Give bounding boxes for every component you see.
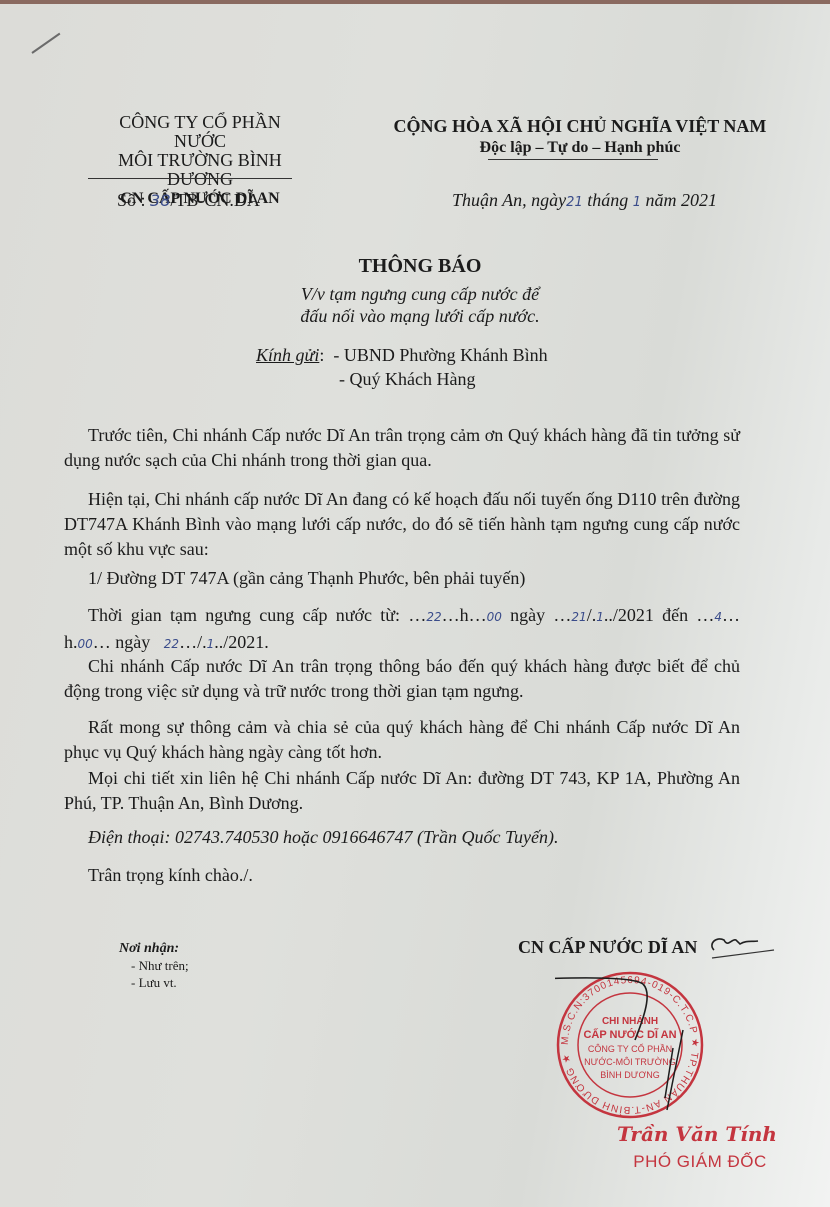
phone-contact: Điện thoại: 02743.740530 hoặc 0916646747… [88, 827, 558, 848]
number-prefix: Số : [117, 190, 150, 210]
from-hour: 22 [426, 610, 441, 624]
to-minute: 00 [78, 637, 93, 651]
national-header: CỘNG HÒA XÃ HỘI CHỦ NGHĨA VIỆT NAM Độc l… [380, 116, 780, 157]
place-date: Thuận An, ngày21 tháng 1 năm 2021 [452, 190, 717, 211]
paragraph-thanks: Trước tiên, Chi nhánh Cấp nước Dĩ An trâ… [64, 423, 740, 473]
paragraph-plan: Hiện tại, Chi nhánh cấp nước Dĩ An đang … [64, 487, 740, 562]
recipients-colon: : [319, 345, 324, 365]
number-suffix: /TB-CN.DA [170, 190, 260, 210]
time-prefix: Thời gian tạm ngưng cung cấp nước từ: [88, 605, 408, 625]
affected-area-item: 1/ Đường DT 747A (gần cảng Thạnh Phước, … [88, 566, 764, 591]
day-handwritten: 21 [566, 195, 583, 210]
motto-underline [488, 159, 658, 160]
company-line-2: MÔI TRƯỜNG BÌNH DƯƠNG [95, 151, 305, 189]
svg-text:NƯỚC-MÔI TRƯỜNG: NƯỚC-MÔI TRƯỜNG [584, 1057, 676, 1067]
paragraph-interruption-time: Thời gian tạm ngưng cung cấp nước từ: …2… [64, 603, 740, 657]
official-stamp-icon: M.S.C.N:3700145694-019-C.T.C.P ★ TP.THUẬ… [555, 970, 705, 1120]
month-label: tháng [583, 190, 633, 210]
closing-greeting: Trân trọng kính chào./. [88, 865, 253, 886]
subject-line-2: đấu nối vào mạng lưới cấp nước. [240, 305, 600, 327]
distribution-item: - Lưu vt. [119, 974, 189, 991]
paragraph-contact: Mọi chi tiết xin liên hệ Chi nhánh Cấp n… [64, 766, 740, 816]
to-hour: 4 [714, 610, 722, 624]
signature-mark-icon [706, 930, 776, 960]
recipient-item: - UBND Phường Khánh Bình [333, 345, 547, 365]
document-title: THÔNG BÁO [260, 255, 580, 278]
recipients: Kính gửi: - UBND Phường Khánh Bình - Quý… [256, 343, 548, 391]
svg-text:CẤP NƯỚC DĨ AN: CẤP NƯỚC DĨ AN [583, 1028, 676, 1041]
year-label: năm 2021 [641, 190, 717, 210]
svg-text:BÌNH DƯƠNG: BÌNH DƯƠNG [600, 1070, 659, 1080]
to-day: 22 [164, 637, 179, 651]
paragraph-notice: Chi nhánh Cấp nước Dĩ An trân trọng thôn… [64, 654, 740, 704]
from-month: 1 [596, 610, 604, 624]
distribution-label: Nơi nhận: [119, 940, 189, 957]
recipient-item: - Quý Khách Hàng [256, 367, 548, 391]
signer-name: Trần Văn Tính [612, 1122, 782, 1146]
recipients-label: Kính gửi [256, 345, 319, 365]
from-minute: 00 [487, 610, 502, 624]
subject-line-1: V/v tạm ngưng cung cấp nước để [240, 283, 600, 305]
national-motto: Độc lập – Tự do – Hạnh phúc [380, 139, 780, 157]
paragraph-apology: Rất mong sự thông cảm và chia sẻ của quý… [64, 715, 740, 765]
document-subject: V/v tạm ngưng cung cấp nước để đấu nối v… [240, 283, 600, 327]
month-handwritten: 1 [633, 195, 641, 210]
page-top-edge [0, 0, 830, 4]
hour-unit: h [460, 605, 469, 625]
place-date-prefix: Thuận An, ngày [452, 190, 566, 210]
distribution-list: Nơi nhận: - Như trên; - Lưu vt. [119, 940, 189, 991]
signer-title: PHÓ GIÁM ĐỐC [620, 1152, 780, 1172]
from-day: 21 [571, 610, 586, 624]
issuer-divider [88, 178, 292, 179]
to-year: /2021. [223, 632, 269, 652]
company-line-1: CÔNG TY CỔ PHẦN NƯỚC [95, 113, 305, 151]
staple-mark [31, 33, 60, 54]
hour-unit: h [64, 632, 73, 652]
day-label: ngày [115, 632, 155, 652]
day-label: ngày [502, 605, 554, 625]
nation-title: CỘNG HÒA XÃ HỘI CHỦ NGHĨA VIỆT NAM [380, 116, 780, 137]
document-number: Số : 38/TB-CN.DA [117, 190, 260, 211]
distribution-item: - Như trên; [119, 957, 189, 974]
signing-organization: CN CẤP NƯỚC DĨ AN [518, 937, 697, 958]
to-month: 1 [207, 637, 215, 651]
from-year: /2021 đến [613, 605, 697, 625]
number-handwritten: 38 [150, 191, 170, 210]
svg-text:CÔNG TY CỔ PHẦN: CÔNG TY CỔ PHẦN [588, 1043, 672, 1054]
svg-text:CHI NHÁNH: CHI NHÁNH [602, 1014, 658, 1027]
